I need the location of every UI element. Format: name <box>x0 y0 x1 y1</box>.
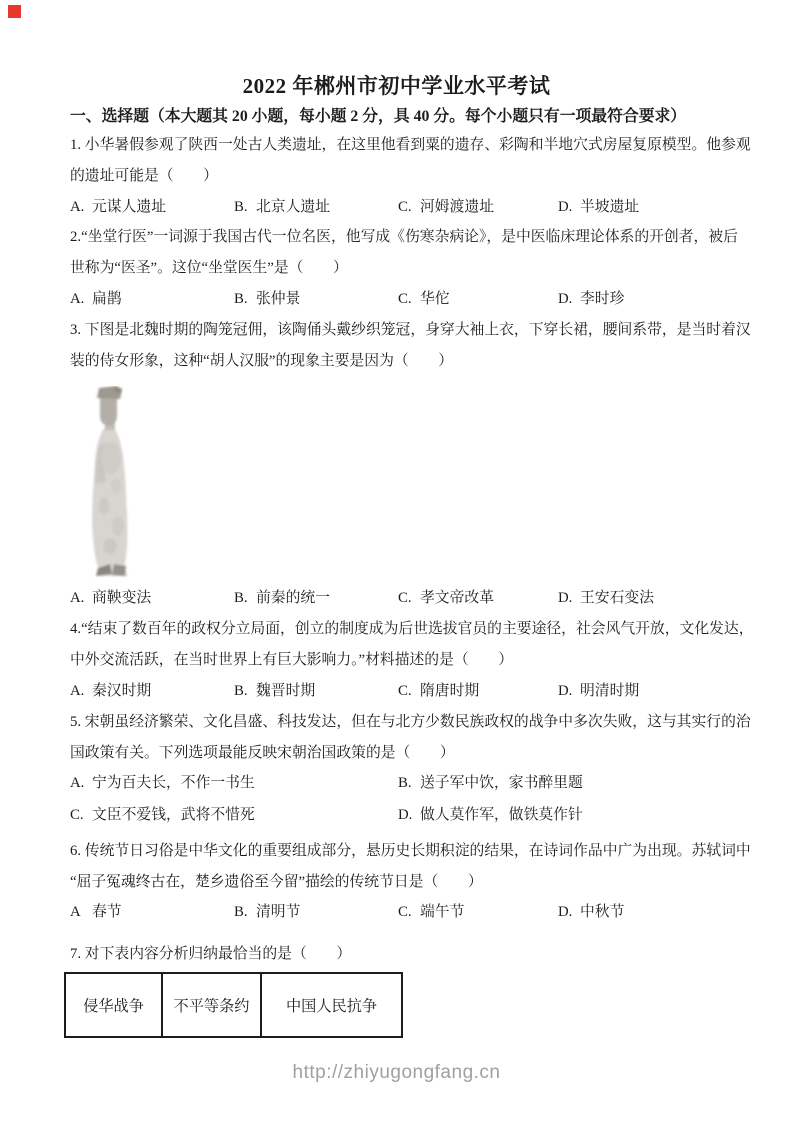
option-b-label: B. <box>234 583 256 614</box>
exam-page: 2022 年郴州市初中学业水平考试 一、选择题（本大题其 20 小题，每小题 2… <box>0 0 793 1122</box>
option-a-text: 元谋人遗址 <box>92 199 166 215</box>
question-5-options-row-1: A.宁为百夫长，不作一书生 B.送子军中饮，家书醉里题 <box>70 768 730 799</box>
option-b: B.张仲景 <box>234 284 300 315</box>
question-1-line-2: 的遗址可能是（ ） <box>70 161 730 192</box>
option-c-label: C. <box>398 583 420 614</box>
option-b-label: B. <box>234 897 256 928</box>
question-5-options-row-2: C.文臣不爱钱，武将不惜死 D.做人莫作军，做铁莫作针 <box>70 800 730 831</box>
option-d-text: 李时珍 <box>580 291 624 307</box>
table-cell-2: 不平等条约 <box>162 973 261 1037</box>
option-a-text: 春节 <box>92 904 122 920</box>
option-c-text: 隋唐时期 <box>420 683 479 699</box>
option-b-label: B. <box>234 284 256 315</box>
table-row: 侵华战争 不平等条约 中国人民抗争 <box>65 973 402 1037</box>
page-title: 2022 年郴州市初中学业水平考试 <box>0 70 793 100</box>
option-c-label: C. <box>70 800 92 831</box>
question-6-options: A春节 B.清明节 C.端午节 D.中秋节 <box>70 897 730 928</box>
option-b-label: B. <box>234 192 256 223</box>
option-b-label: B. <box>234 676 256 707</box>
section-header: 一、选择题（本大题其 20 小题，每小题 2 分，具 40 分。每个小题只有一项… <box>70 103 686 126</box>
option-d-text: 王安石变法 <box>580 590 654 606</box>
option-b-text: 送子军中饮，家书醉里题 <box>420 775 583 791</box>
option-d-text: 做人莫作军，做铁莫作针 <box>420 807 583 823</box>
option-b: B.北京人遗址 <box>234 192 330 223</box>
option-b-text: 魏晋时期 <box>256 683 315 699</box>
option-a-text: 宁为百夫长，不作一书生 <box>92 775 255 791</box>
option-d-label: D. <box>558 192 580 223</box>
option-c-text: 端午节 <box>420 904 464 920</box>
option-b: B.魏晋时期 <box>234 676 315 707</box>
question-3-line-1: 3. 下图是北魏时期的陶笼冠佣，该陶俑头戴纱织笼冠，身穿大袖上衣，下穿长裙，腰间… <box>70 315 730 346</box>
option-c: C.河姆渡遗址 <box>398 192 494 223</box>
option-a: A.商鞅变法 <box>70 583 151 614</box>
question-5-line-1: 5. 宋朝虽经济繁荣、文化昌盛、科技发达，但在与北方少数民族政权的战争中多次失败… <box>70 707 730 738</box>
question-2-line-2: 世称为“医圣”。这位“坐堂医生”是（ ） <box>70 253 730 284</box>
option-b-text: 北京人遗址 <box>256 199 330 215</box>
question-1-options: A.元谋人遗址 B.北京人遗址 C.河姆渡遗址 D.半坡遗址 <box>70 192 730 223</box>
option-d-label: D. <box>398 800 420 831</box>
option-c-text: 华佗 <box>420 291 450 307</box>
option-d-text: 中秋节 <box>580 904 624 920</box>
option-c-label: C. <box>398 284 420 315</box>
option-a: A.宁为百夫长，不作一书生 <box>70 768 255 799</box>
option-b-text: 前秦的统一 <box>256 590 330 606</box>
question-3-options: A.商鞅变法 B.前秦的统一 C.孝文帝改革 D.王安石变法 <box>70 583 730 614</box>
option-d: D.半坡遗址 <box>558 192 639 223</box>
option-a: A春节 <box>70 897 122 928</box>
option-c-text: 文臣不爱钱，武将不惜死 <box>92 807 255 823</box>
question-7-line-1: 7. 对下表内容分析归纳最恰当的是（ ） <box>70 939 730 970</box>
option-a-label: A <box>70 897 92 928</box>
option-a: A.元谋人遗址 <box>70 192 166 223</box>
option-a-label: A. <box>70 676 92 707</box>
table-cell-1: 侵华战争 <box>65 973 162 1037</box>
option-d: D.明清时期 <box>558 676 639 707</box>
option-d-label: D. <box>558 897 580 928</box>
question-6-line-2: “屈子冤魂终古在，楚乡遗俗至今留”描绘的传统节日是（ ） <box>70 867 730 898</box>
option-b-label: B. <box>398 768 420 799</box>
question-2-line-1: 2.“坐堂行医”一词源于我国古代一位名医，他写成《伤寒杂病论》，是中医临床理论体… <box>70 222 730 253</box>
option-a: A.秦汉时期 <box>70 676 151 707</box>
option-b: B.清明节 <box>234 897 300 928</box>
option-d-label: D. <box>558 676 580 707</box>
question-4-line-1: 4.“结束了数百年的政权分立局面，创立的制度成为后世选拔官员的主要途径，社会风气… <box>70 614 730 645</box>
option-d: D.李时珍 <box>558 284 624 315</box>
option-c-text: 河姆渡遗址 <box>420 199 494 215</box>
option-a-text: 扁鹊 <box>92 291 122 307</box>
option-c-label: C. <box>398 192 420 223</box>
option-c: C.端午节 <box>398 897 464 928</box>
option-c: C.文臣不爱钱，武将不惜死 <box>70 800 255 831</box>
option-d-label: D. <box>558 583 580 614</box>
option-b-text: 张仲景 <box>256 291 300 307</box>
option-d: D.中秋节 <box>558 897 624 928</box>
question-4-options: A.秦汉时期 B.魏晋时期 C.隋唐时期 D.明清时期 <box>70 676 730 707</box>
option-c: C.隋唐时期 <box>398 676 479 707</box>
option-c-label: C. <box>398 676 420 707</box>
pottery-figurine-image <box>76 386 150 584</box>
red-marker <box>8 5 21 18</box>
option-d-text: 明清时期 <box>580 683 639 699</box>
option-a-label: A. <box>70 284 92 315</box>
option-a-text: 商鞅变法 <box>92 590 151 606</box>
option-d-text: 半坡遗址 <box>580 199 639 215</box>
question-5-line-2: 国政策有关。下列选项最能反映宋朝治国政策的是（ ） <box>70 738 730 769</box>
question-6-line-1: 6. 传统节日习俗是中华文化的重要组成部分，悬历史长期积淀的结果，在诗词作品中广… <box>70 836 730 867</box>
option-a-label: A. <box>70 768 92 799</box>
option-b-text: 清明节 <box>256 904 300 920</box>
option-c-label: C. <box>398 897 420 928</box>
option-d: D.王安石变法 <box>558 583 654 614</box>
question-4-line-2: 中外交流活跃，在当时世界上有巨大影响力。”材料描述的是（ ） <box>70 645 730 676</box>
option-c: C.华佗 <box>398 284 450 315</box>
option-d-label: D. <box>558 284 580 315</box>
option-a-label: A. <box>70 192 92 223</box>
watermark-url: http://zhiyugongfang.cn <box>0 1062 793 1084</box>
option-d: D.做人莫作军，做铁莫作针 <box>398 800 583 831</box>
table-cell-3: 中国人民抗争 <box>261 973 402 1037</box>
option-b: B.前秦的统一 <box>234 583 330 614</box>
option-c: C.孝文帝改革 <box>398 583 494 614</box>
question-2-options: A.扁鹊 B.张仲景 C.华佗 D.李时珍 <box>70 284 730 315</box>
option-a-text: 秦汉时期 <box>92 683 151 699</box>
question-1-line-1: 1. 小华暑假参观了陕西一处古人类遗址，在这里他看到粟的遗存、彩陶和半地穴式房屋… <box>70 130 730 161</box>
option-c-text: 孝文帝改革 <box>420 590 494 606</box>
summary-table: 侵华战争 不平等条约 中国人民抗争 <box>64 972 403 1038</box>
question-3-line-2: 装的侍女形象，这种“胡人汉服”的现象主要是因为（ ） <box>70 346 730 377</box>
option-b: B.送子军中饮，家书醉里题 <box>398 768 583 799</box>
option-a-label: A. <box>70 583 92 614</box>
option-a: A.扁鹊 <box>70 284 122 315</box>
